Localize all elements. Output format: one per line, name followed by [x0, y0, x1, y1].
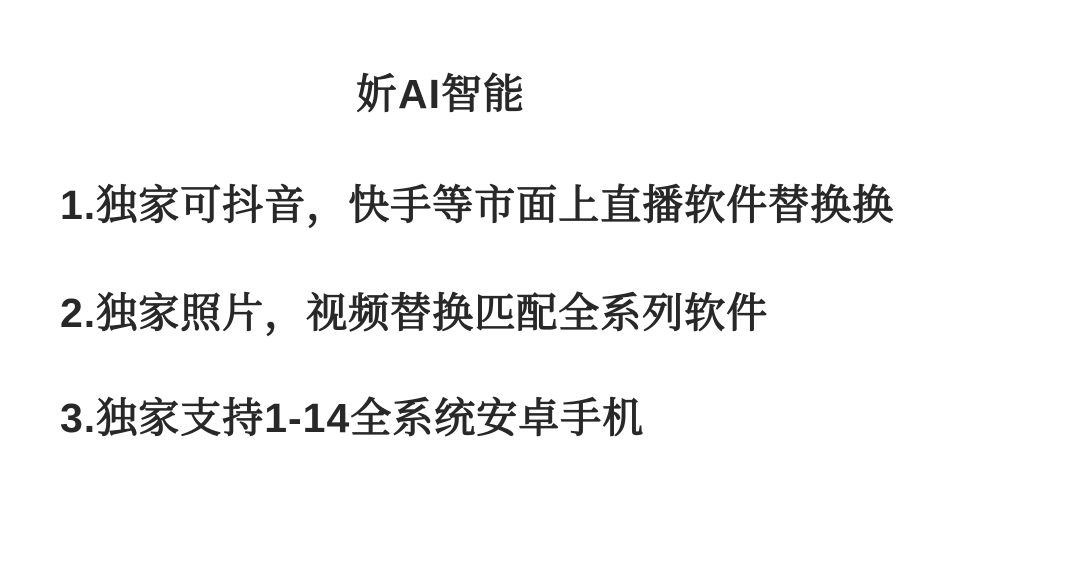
feature-item-1: 1.独家可抖音，快手等市面上直播软件替换换	[60, 181, 894, 229]
page-title: 妡AI智能	[356, 70, 525, 118]
feature-item-3: 3.独家支持1-14全系统安卓手机	[60, 394, 644, 442]
feature-item-2: 2.独家照片，视频替换匹配全系列软件	[60, 289, 768, 337]
promo-slide: 妡AI智能 1.独家可抖音，快手等市面上直播软件替换换 2.独家照片，视频替换匹…	[0, 0, 1072, 573]
